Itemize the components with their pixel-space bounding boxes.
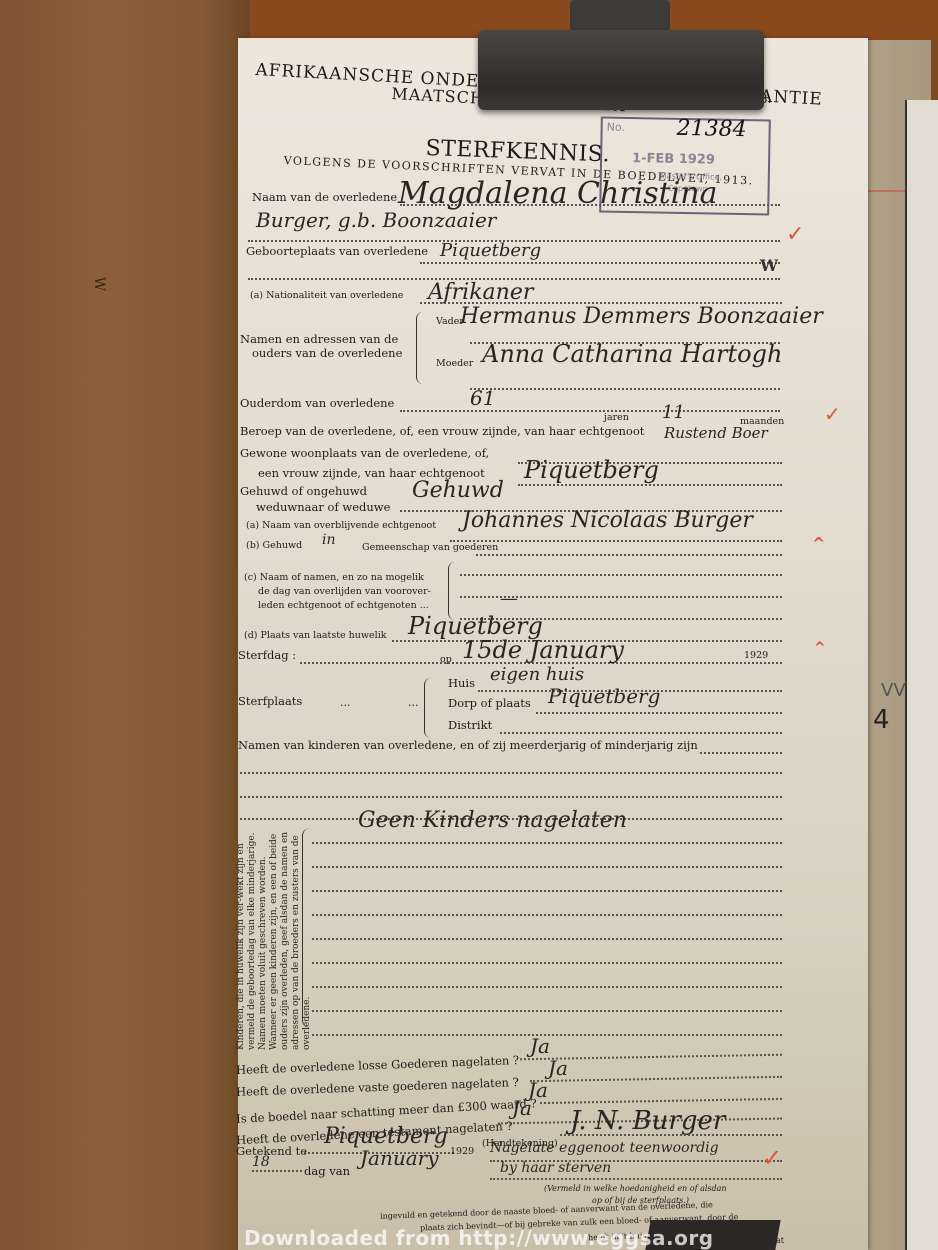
value-q12: Ja (548, 1056, 568, 1080)
ellipsis: ... (340, 696, 351, 709)
value-moeder: Anna Catharina Hartogh (482, 340, 782, 368)
initials-mark: W (760, 256, 778, 275)
page-edges (905, 100, 938, 1250)
value-geboorteplaats: Piquetberg (440, 240, 541, 261)
capacity-note-1: (Vermeld in welke hoedanigheid en of als… (544, 1184, 727, 1193)
label-nationaliteit: (a) Nationaliteit van overledene (250, 290, 403, 301)
label-getekend: Getekend te (236, 1144, 307, 1158)
value-kinderen: Geen Kinders nagelaten (358, 808, 627, 833)
value-sterfdag: 15de January (462, 636, 624, 664)
label-vooroverleden-1: (c) Naam of namen, en zo na mogelik (244, 572, 424, 583)
cover-mark: W (91, 277, 107, 291)
stamp-date: 1-FEB 1929 (632, 151, 715, 167)
value-q11: Ja (530, 1034, 550, 1058)
label-woonplaats-1: Gewone woonplaats van de overledene, of, (240, 446, 489, 460)
value-sign-year: 1929 (450, 1146, 474, 1157)
label-ouders-2: ouders van de overledene (252, 346, 402, 360)
label-sterfplaats: Sterfplaats (238, 694, 302, 708)
value-vader: Hermanus Demmers Boonzaaier (460, 304, 823, 329)
label-gehuwd-b: (b) Gehuwd (246, 540, 302, 551)
kinderen-instruction-note: Kinderen, die in huwelik zijn ver-wekt z… (236, 820, 313, 1050)
label-ouders-1: Namen en adressen van de (240, 332, 398, 346)
label-kinderen: Namen van kinderen van overledene, en of… (238, 738, 698, 752)
label-beroep: Beroep van de overledene, of, een vrouw … (240, 424, 644, 438)
label-sterfdag: Sterfdag : (238, 648, 296, 662)
value-huis: eigen huis (490, 664, 584, 685)
value-vooroverleden: — (500, 588, 518, 609)
binder-clip (478, 30, 764, 110)
label-echtgenoot: (a) Naam van overblijvende echtgenoot (246, 520, 436, 531)
label-gemeenschap: Gemeenschap van goederen (362, 542, 498, 553)
label-jaren: jaren (604, 412, 629, 423)
label-op: op (440, 654, 452, 665)
back-vv-mark: VV (881, 680, 906, 701)
label-dorp: Dorp of plaats (448, 696, 531, 710)
value-sterfjaar: 1929 (744, 650, 768, 661)
label-dag-van: dag van (304, 1164, 350, 1178)
value-capacity-2: by haar sterven (500, 1160, 611, 1176)
watermark: Downloaded from http://www.eggsa.org (244, 1226, 714, 1250)
back-4-mark: 4 (873, 705, 890, 735)
value-jaren: 61 (470, 386, 495, 410)
folder-cover: W (0, 0, 250, 1250)
value-q14: Ja (512, 1096, 532, 1120)
red-caret-1: ^ (812, 534, 825, 553)
label-distrikt: Distrikt (448, 718, 492, 732)
label-ouderdom: Ouderdom van overledene (240, 396, 394, 410)
value-nationaliteit: Afrikaner (428, 280, 533, 305)
label-moeder: Moeder (436, 358, 473, 369)
value-gehuwd: Gehuwd (412, 478, 504, 503)
signature: J. N. Burger (570, 1106, 725, 1136)
red-check-1: ✓ (786, 222, 804, 247)
clip-hinge (570, 0, 670, 32)
label-vooroverleden-3: leden echtgenoot of echtgenoten ... (258, 600, 429, 611)
label-geboorteplaats: Geboorteplaats van overledene (246, 244, 428, 258)
red-check-2: ✓ (824, 402, 841, 426)
value-echtgenoot: Johannes Nicolaas Burger (462, 508, 753, 533)
label-huis: Huis (448, 676, 475, 690)
label-gehuwd-1: Gehuwd of ongehuwd (240, 484, 367, 498)
value-dorp: Piquetberg (548, 684, 660, 708)
value-day: 18 (252, 1154, 270, 1170)
label-vooroverleden-2: de dag van overlijden van voorover- (258, 586, 431, 597)
label-gehuwd-2: weduwnaar of weduwe (256, 500, 390, 514)
label-naam: Naam van de overledene (252, 190, 397, 204)
value-woonplaats: Piquetberg (524, 456, 659, 484)
label-huwelik: (d) Plaats van laatste huwelik (244, 630, 387, 641)
value-naam-surname: Burger, g.b. Boonzaaier (256, 208, 496, 232)
value-gemeenschap: in (322, 532, 336, 548)
red-caret-2: ^ (814, 640, 826, 656)
value-capacity-1: Nagelate eggenoot teenwoordig (490, 1140, 719, 1156)
value-month: January (360, 1146, 439, 1170)
value-naam: Magdalena Christina (398, 176, 717, 211)
red-check-3: ✓ (762, 1144, 782, 1172)
value-maanden: 11 (662, 402, 685, 423)
estate-number: 21384 (676, 116, 746, 142)
value-beroep: Rustend Boer (664, 424, 768, 442)
ellipsis: ... (408, 696, 419, 709)
stamp-no-label: No. (607, 121, 625, 134)
